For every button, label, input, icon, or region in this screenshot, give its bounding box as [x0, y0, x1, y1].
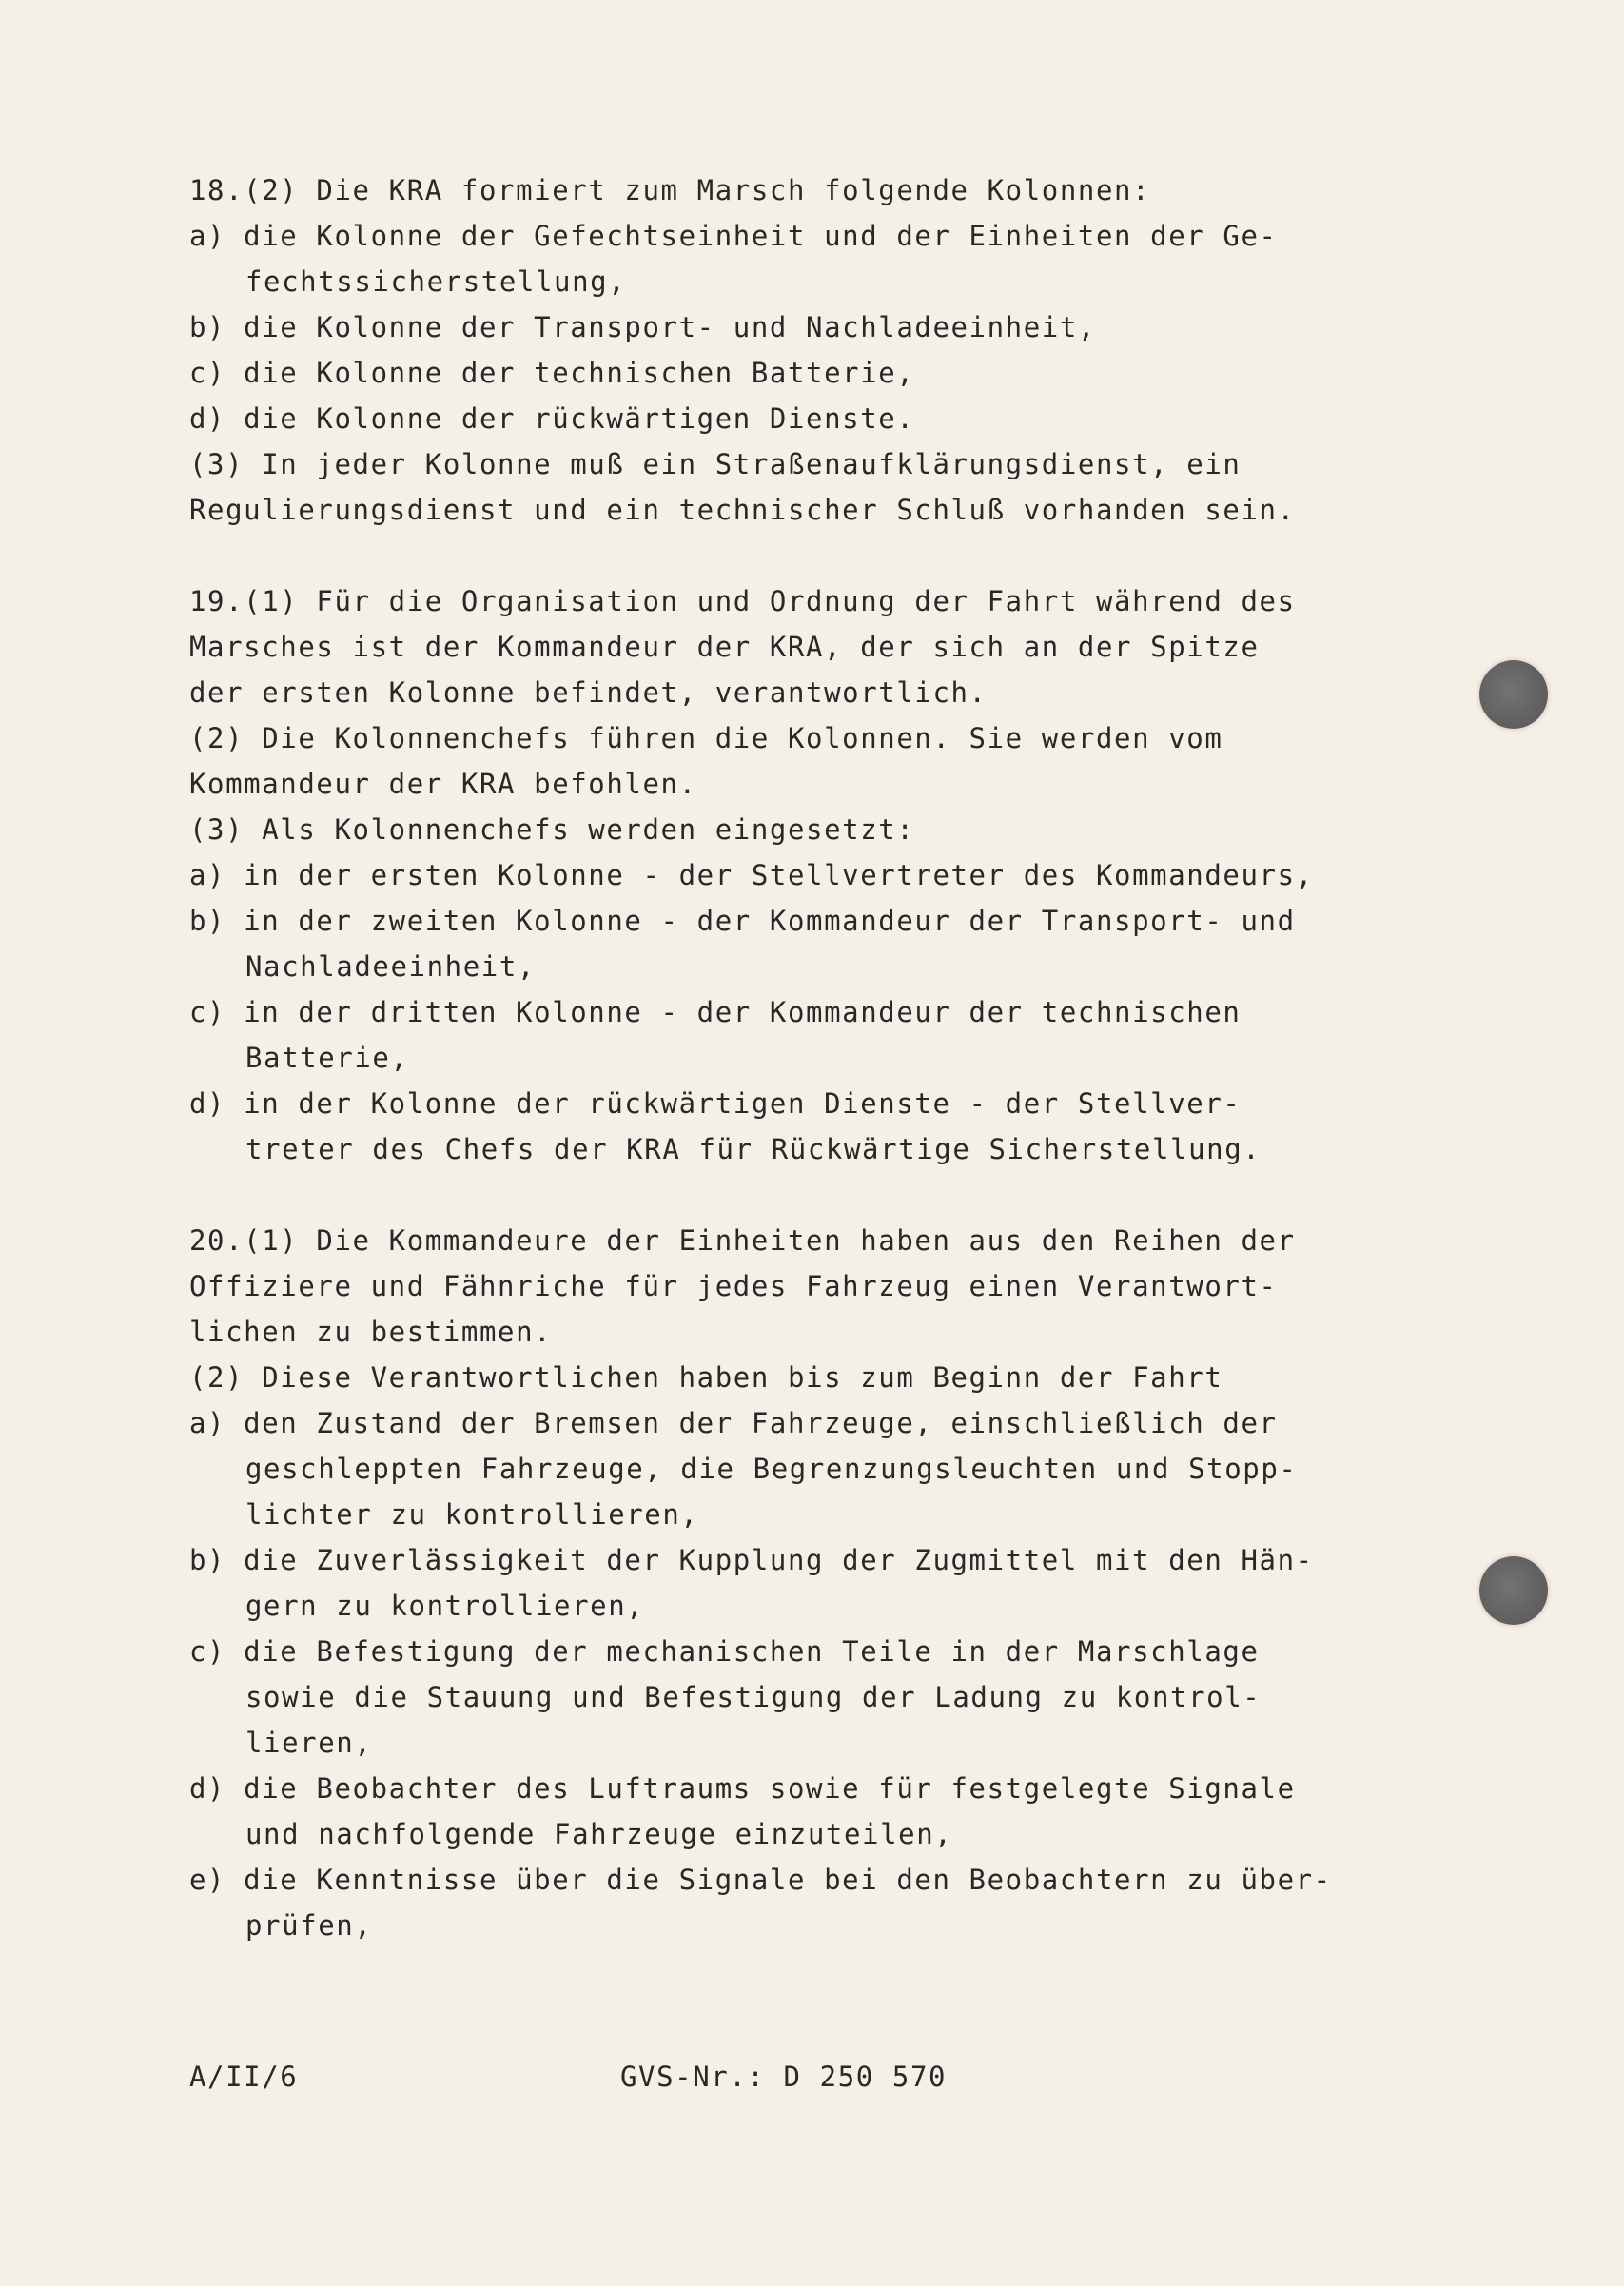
text-line: Batterie, — [245, 1039, 409, 1077]
text-line: (2) Die Kolonnenchefs führen die Kolonne… — [189, 719, 1223, 757]
punch-hole-top — [1479, 660, 1548, 729]
text-line: Regulierungsdienst und ein technischer S… — [189, 491, 1296, 529]
text-line: (3) In jeder Kolonne muß ein Straßenaufk… — [189, 445, 1241, 483]
text-line: a) die Kolonne der Gefechtseinheit und d… — [189, 217, 1278, 255]
text-line: sowie die Stauung und Befestigung der La… — [245, 1678, 1261, 1716]
text-line: (3) Als Kolonnenchefs werden eingesetzt: — [189, 811, 914, 849]
footer-page-ref: A/II/6 — [189, 2061, 298, 2093]
document-page: 18.(2) Die KRA formiert zum Marsch folge… — [0, 0, 1624, 2286]
text-line: 20.(1) Die Kommandeure der Einheiten hab… — [189, 1221, 1296, 1260]
text-line: Nachladeeinheit, — [245, 948, 536, 986]
text-line: Kommandeur der KRA befohlen. — [189, 765, 697, 803]
text-line: (2) Diese Verantwortlichen haben bis zum… — [189, 1358, 1223, 1397]
text-line: gern zu kontrollieren, — [245, 1587, 644, 1625]
text-line: d) die Beobachter des Luftraums sowie fü… — [189, 1769, 1296, 1807]
text-line: prüfen, — [245, 1906, 372, 1944]
text-line: der ersten Kolonne befindet, verantwortl… — [189, 674, 988, 712]
text-line: 19.(1) Für die Organisation und Ordnung … — [189, 582, 1296, 620]
text-line: c) die Kolonne der technischen Batterie, — [189, 354, 914, 392]
text-line: d) die Kolonne der rückwärtigen Dienste. — [189, 400, 914, 438]
text-line: fechtssicherstellung, — [245, 263, 626, 301]
text-line: Offiziere und Fähnriche für jedes Fahrze… — [189, 1267, 1278, 1305]
text-line: treter des Chefs der KRA für Rückwärtige… — [245, 1130, 1261, 1168]
text-line: a) in der ersten Kolonne - der Stellvert… — [189, 856, 1314, 894]
text-line: lichen zu bestimmen. — [189, 1313, 552, 1351]
footer-gvs-number: GVS-Nr.: D 250 570 — [620, 2061, 947, 2093]
text-line: c) in der dritten Kolonne - der Kommande… — [189, 993, 1241, 1031]
text-line: lichter zu kontrollieren, — [245, 1495, 699, 1534]
text-line: b) in der zweiten Kolonne - der Kommande… — [189, 902, 1296, 940]
text-line: geschleppten Fahrzeuge, die Begrenzungsl… — [245, 1450, 1297, 1488]
text-line: b) die Zuverlässigkeit der Kupplung der … — [189, 1541, 1314, 1579]
text-line: a) den Zustand der Bremsen der Fahrzeuge… — [189, 1404, 1278, 1442]
text-line: 18.(2) Die KRA formiert zum Marsch folge… — [189, 171, 1150, 209]
text-line: e) die Kenntnisse über die Signale bei d… — [189, 1861, 1332, 1899]
text-line: und nachfolgende Fahrzeuge einzuteilen, — [245, 1815, 952, 1853]
punch-hole-bottom — [1479, 1556, 1548, 1625]
text-line: lieren, — [245, 1724, 372, 1762]
text-line: d) in der Kolonne der rückwärtigen Diens… — [189, 1084, 1241, 1123]
text-line: c) die Befestigung der mechanischen Teil… — [189, 1632, 1260, 1671]
text-line: b) die Kolonne der Transport- und Nachla… — [189, 308, 1096, 346]
text-line: Marsches ist der Kommandeur der KRA, der… — [189, 628, 1260, 666]
